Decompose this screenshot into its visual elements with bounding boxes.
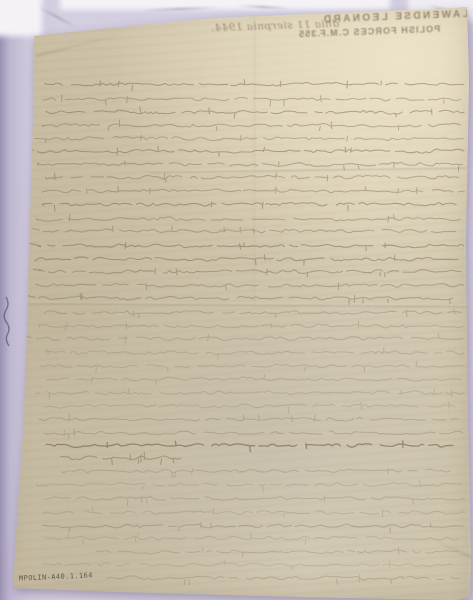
handwriting-line [36, 388, 464, 399]
handwriting-line [62, 469, 450, 478]
handwriting-line [45, 348, 463, 360]
handwriting-line [42, 187, 464, 194]
handwriting-line [39, 321, 464, 330]
handwriting-line [44, 402, 455, 413]
handwriting-line [44, 508, 464, 518]
handwriting-line [45, 79, 464, 90]
handwriting-line [33, 268, 461, 277]
handwriting-line [46, 173, 459, 183]
handwriting-line [30, 243, 464, 251]
handwriting-line [42, 120, 460, 131]
handwriting-line [42, 202, 456, 211]
handwriting-line [36, 283, 464, 290]
letter-paper: LAWENDSE LEONARD POLISH FORCES C.M.F.355… [0, 0, 473, 600]
handwriting-line [26, 146, 464, 156]
handwriting-line [46, 107, 464, 118]
handwriting-line [36, 215, 460, 223]
handwriting-line [45, 309, 461, 319]
handwriting-line [44, 533, 458, 544]
handwriting-line [107, 575, 460, 585]
handwriting-line [25, 334, 463, 343]
edge-pencil-mark [1, 295, 13, 350]
handwriting-line [41, 362, 464, 373]
paper-shadow-wrap: LAWENDSE LEONARD POLISH FORCES C.M.F.355… [0, 0, 473, 600]
handwriting-lines [0, 0, 473, 600]
handwriting-line [42, 561, 452, 570]
handwriting-line [35, 135, 463, 142]
handwriting-line [37, 480, 462, 492]
handwriting-line [47, 375, 462, 384]
handwriting-line [43, 522, 463, 533]
handwriting-line [38, 161, 463, 171]
scan-area: LAWENDSE LEONARD POLISH FORCES C.M.F.355… [0, 0, 473, 600]
handwriting-line [45, 496, 464, 505]
handwriting-line [46, 441, 453, 452]
handwriting-line [61, 452, 181, 464]
handwriting-line [35, 255, 458, 266]
handwriting-line [96, 547, 458, 557]
handwriting-line [32, 226, 456, 233]
handwriting-line [28, 293, 453, 304]
handwriting-line [44, 429, 463, 439]
handwriting-line [39, 414, 459, 422]
mirrored-content-layer: LAWENDSE LEONARD POLISH FORCES C.M.F.355… [0, 0, 473, 600]
handwriting-line [43, 95, 461, 106]
